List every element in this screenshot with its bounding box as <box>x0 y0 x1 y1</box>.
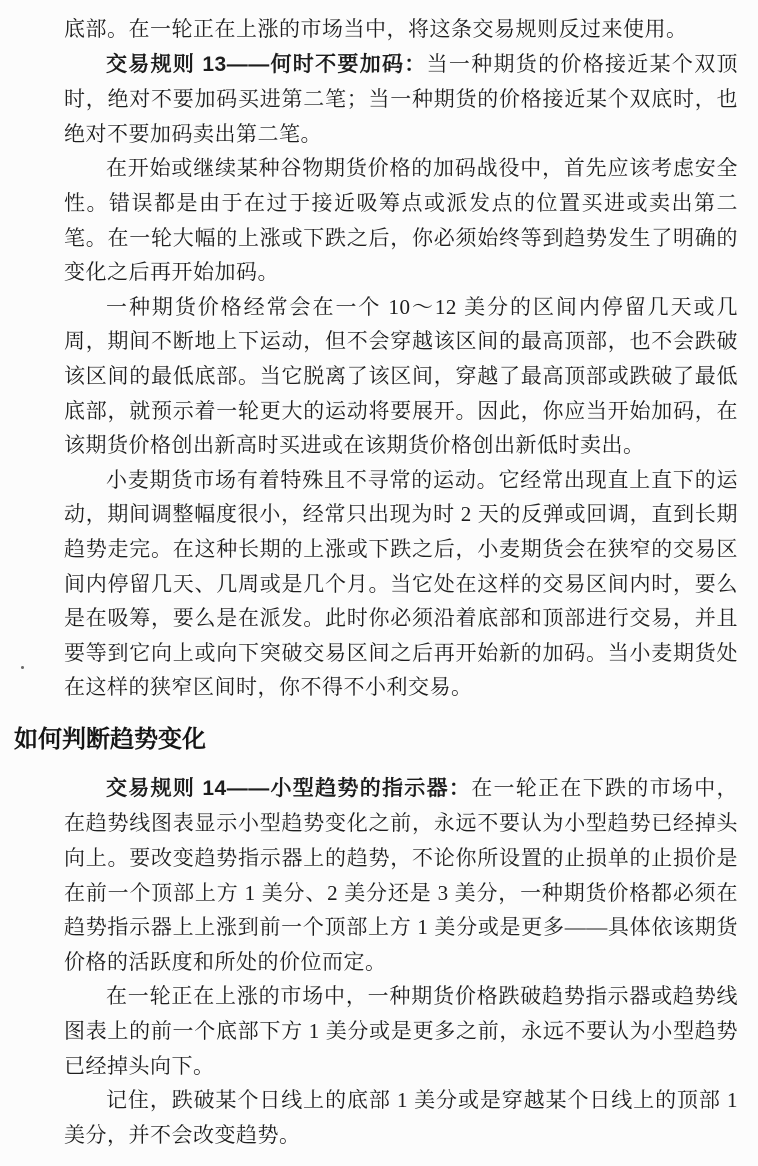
rule-14-label: 交易规则 14——小型趋势的指示器： <box>106 777 471 800</box>
paragraph-text: 一种期货价格经常会在一个 10～12 美分的区间内停留几天或几周，期间不断地上下… <box>64 295 738 457</box>
book-page: 底部。在一轮正在上涨的市场当中，将这条交易规则反过来使用。 交易规则 13——何… <box>0 0 758 1166</box>
paragraph-safety-first: 在开始或继续某种谷物期货价格的加码战役中，首先应该考虑安全性。错误都是由于在过于… <box>64 151 738 289</box>
paragraph-trading-range: 一种期货价格经常会在一个 10～12 美分的区间内停留几天或几周，期间不断地上下… <box>64 290 738 463</box>
paragraph-text: 在一轮正在上涨的市场中，一种期货价格跌破趋势指示器或趋势线图表上的前一个底部下方… <box>64 984 738 1077</box>
rule-13-label: 交易规则 13——何时不要加码： <box>106 53 427 76</box>
paragraph-rule-13: 交易规则 13——何时不要加码：当一种期货的价格接近某个双顶时，绝对不要加码买进… <box>64 47 738 152</box>
section-heading: 如何判断趋势变化 <box>14 725 738 755</box>
paragraph-text: 记住，跌破某个日线上的底部 1 美分或是穿越某个日线上的顶部 1 美分，并不会改… <box>64 1088 738 1147</box>
paragraph-text: 在一轮正在下跌的市场中，在趋势线图表显示小型趋势变化之前，永远不要认为小型趋势已… <box>64 776 738 974</box>
scan-speck <box>21 666 24 669</box>
paragraph-wheat-market: 小麦期货市场有着特殊且不寻常的运动。它经常出现直上直下的运动，期间调整幅度很小，… <box>64 463 738 705</box>
paragraph-rule-14: 交易规则 14——小型趋势的指示器：在一轮正在下跌的市场中，在趋势线图表显示小型… <box>64 771 738 980</box>
paragraph-text: 小麦期货市场有着特殊且不寻常的运动。它经常出现直上直下的运动，期间调整幅度很小，… <box>64 468 738 700</box>
text-column: 底部。在一轮正在上涨的市场当中，将这条交易规则反过来使用。 交易规则 13——何… <box>64 12 738 1152</box>
paragraph-text: 底部。在一轮正在上涨的市场当中，将这条交易规则反过来使用。 <box>64 17 688 41</box>
paragraph-remember: 记住，跌破某个日线上的底部 1 美分或是穿越某个日线上的顶部 1 美分，并不会改… <box>64 1083 738 1152</box>
paragraph-rising-market: 在一轮正在上涨的市场中，一种期货价格跌破趋势指示器或趋势线图表上的前一个底部下方… <box>64 979 738 1083</box>
paragraph-continuation: 底部。在一轮正在上涨的市场当中，将这条交易规则反过来使用。 <box>64 12 738 47</box>
paragraph-text: 在开始或继续某种谷物期货价格的加码战役中，首先应该考虑安全性。错误都是由于在过于… <box>64 156 738 284</box>
